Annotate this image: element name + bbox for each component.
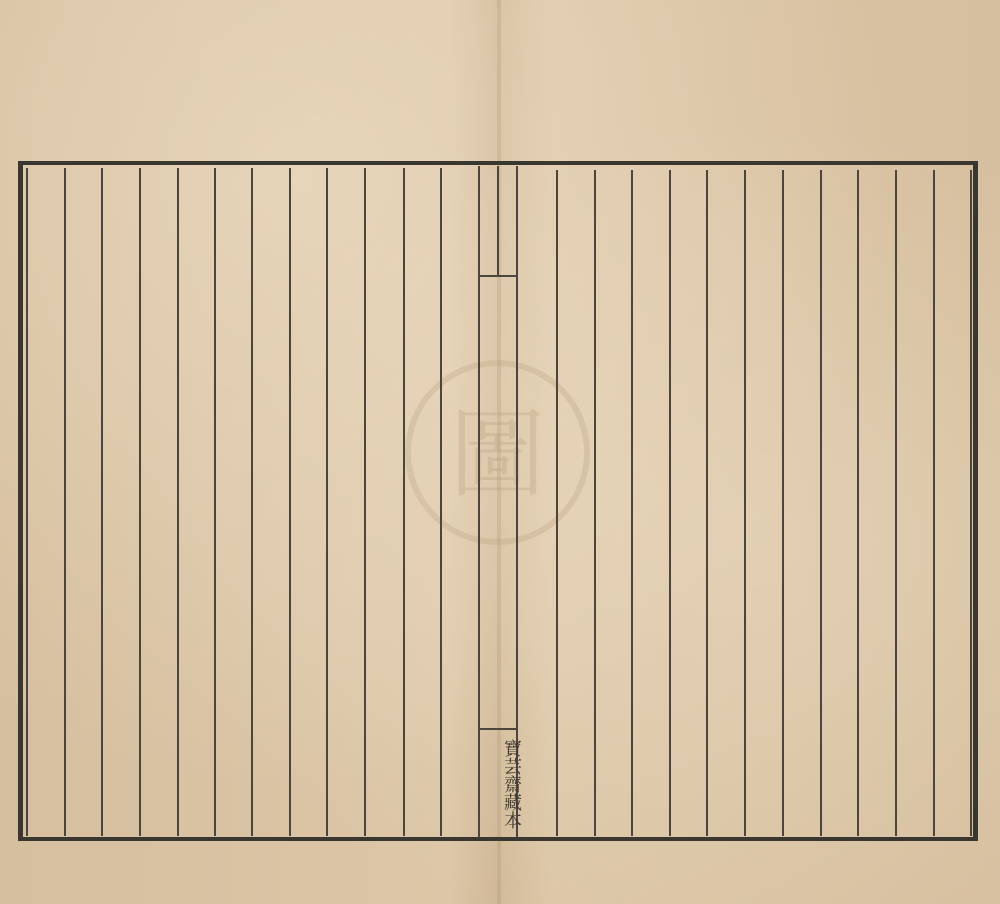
- column-rule: [933, 170, 935, 836]
- column-rule: [782, 170, 784, 836]
- column-rule: [251, 168, 253, 836]
- column-rule: [669, 170, 671, 836]
- center-column-lower-bar: [478, 728, 518, 730]
- center-column-upper-bar: [478, 275, 518, 277]
- column-rule: [744, 170, 746, 836]
- column-rule: [556, 170, 558, 836]
- column-rule: [364, 168, 366, 836]
- column-rule: [139, 168, 141, 836]
- column-rule: [101, 168, 103, 836]
- center-column-fishtail-rule: [497, 166, 499, 276]
- column-rule: [706, 170, 708, 836]
- column-rule: [895, 170, 897, 836]
- inner-border-right: [970, 170, 972, 836]
- column-rule: [214, 168, 216, 836]
- column-rule: [326, 168, 328, 836]
- column-rule: [857, 170, 859, 836]
- column-rule: [177, 168, 179, 836]
- column-rule: [631, 170, 633, 836]
- studio-imprint: 寶芸齋藏本: [496, 732, 522, 836]
- inner-border-left: [26, 168, 28, 836]
- center-column-left-rule: [478, 166, 480, 838]
- column-rule: [594, 170, 596, 836]
- column-rule: [403, 168, 405, 836]
- column-rule: [64, 168, 66, 836]
- column-rule: [289, 168, 291, 836]
- column-rule: [440, 168, 442, 836]
- book-leaf: 圖 寶芸齋藏本: [0, 0, 1000, 904]
- column-rule: [820, 170, 822, 836]
